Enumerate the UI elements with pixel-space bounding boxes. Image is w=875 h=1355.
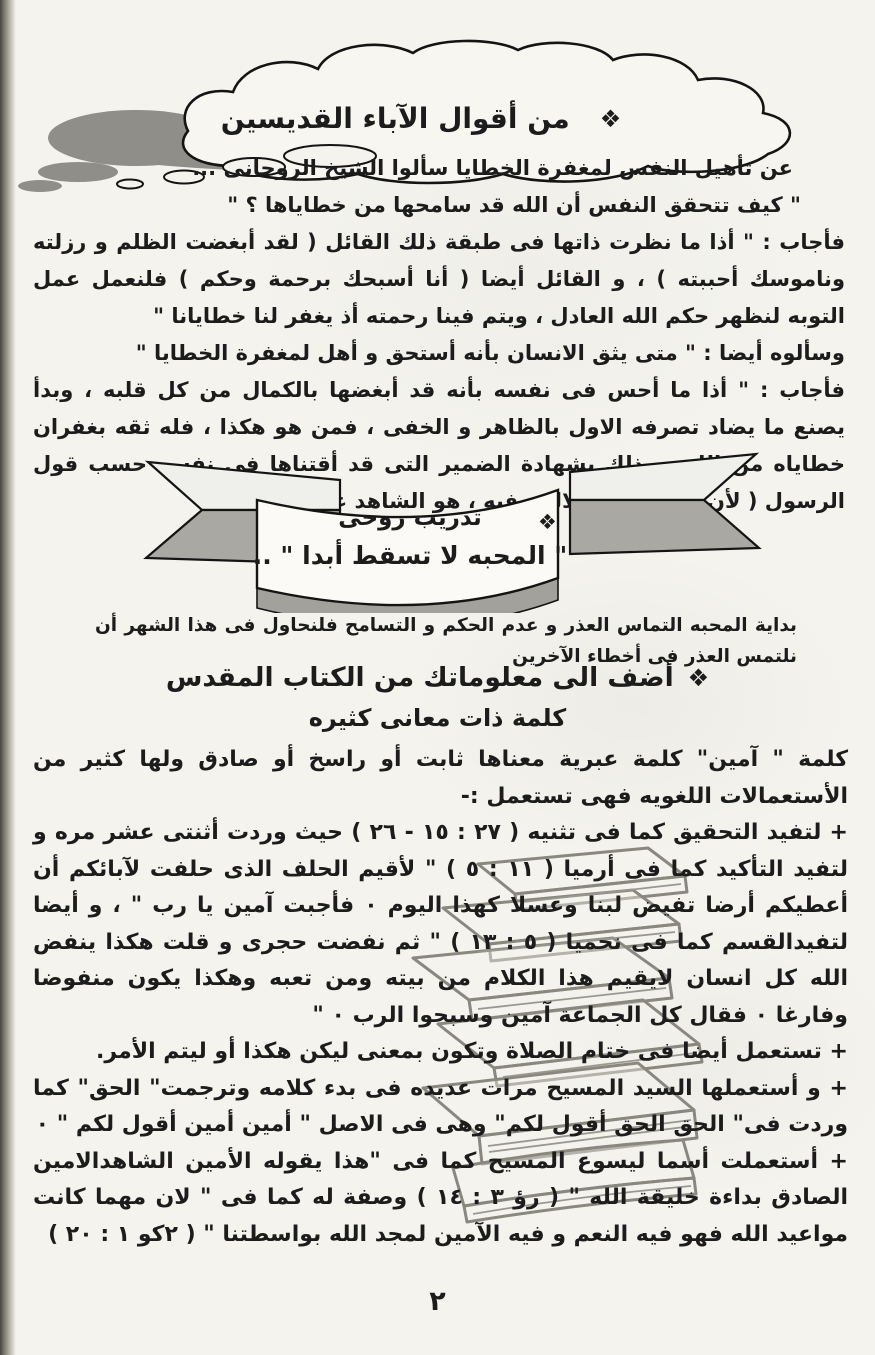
header-title-row: ❖ من أقوال الآباء القديسين [148,102,694,135]
sayings-intro: عن تأهيل النفس لمغفرة الخطايا سألوا الشي… [33,150,793,187]
sayings-question-1: " كيف تتحقق النفس أن الله قد سامحها من خ… [33,187,801,224]
scan-binding-edge [0,0,16,1355]
ribbon-quote: " المحبه لا تسقط أبدا " .. [225,541,595,570]
ribbon-banner: ❖ تدريب روحى " المحبه لا تسقط أبدا " .. [140,448,765,613]
bible-paragraph: + تستعمل أيضا فى ختام الصلاة وتكون بمعنى… [33,1034,848,1071]
page-title: من أقوال الآباء القديسين [221,102,570,135]
bible-paragraph: كلمة " آمين" كلمة عبرية معناها ثابت أو ر… [33,742,848,815]
bible-section-heading: أضف الى معلوماتك من الكتاب المقدس [166,662,674,693]
ribbon-title: تدريب روحى [250,505,570,531]
sayings-question-2: وسألوه أيضا : " متى يثق الانسان بأنه أست… [33,335,845,372]
bible-paragraph: + أستعملت أسما ليسوع المسيح كما فى "هذا … [33,1144,848,1254]
diamond-icon: ❖ [600,107,622,131]
bible-section-subheading: كلمة ذات معانى كثيره [0,704,875,732]
bible-section-body: كلمة " آمين" كلمة عبرية معناها ثابت أو ر… [33,742,848,1253]
diamond-icon: ❖ [688,666,710,690]
bible-paragraph: + لتفيد التحقيق كما فى تثنيه ( ٢٧ : ١٥ -… [33,815,848,1034]
scanned-document-page: ❖ من أقوال الآباء القديسين عن تأهيل النف… [0,0,875,1355]
sayings-answer-1: فأجاب : " أذا ما نظرت ذاتها فى طبقة ذلك … [33,224,845,335]
bible-section-heading-row: ❖ أضف الى معلوماتك من الكتاب المقدس [0,662,875,693]
bible-paragraph: + و أستعملها السيد المسيح مرات عديده فى … [33,1071,848,1144]
page-number: ٢ [0,1286,875,1317]
